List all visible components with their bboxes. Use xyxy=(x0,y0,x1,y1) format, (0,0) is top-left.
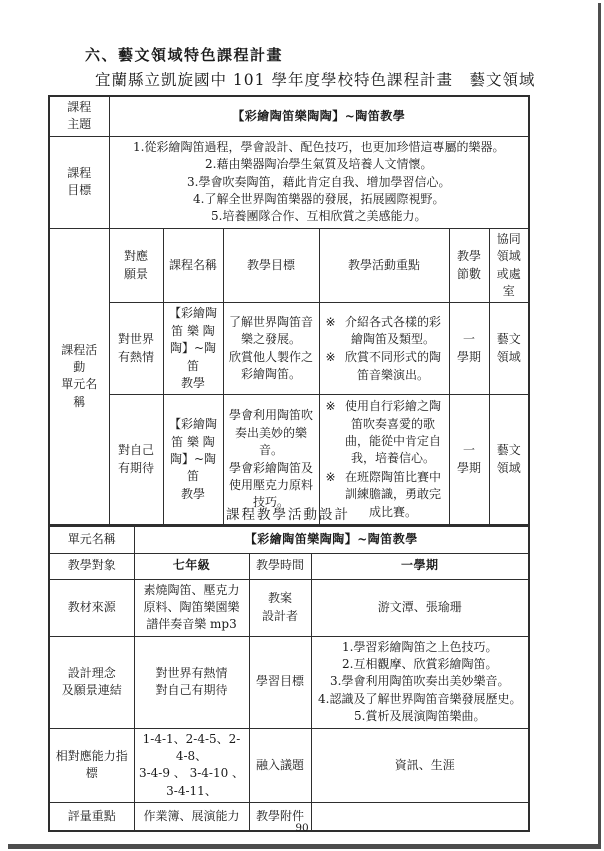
theme-value: 【彩繪陶笛樂陶陶】~陶笛教學 xyxy=(109,96,529,136)
learning-goal-label: 學習目標 xyxy=(249,636,311,728)
header-teaching-goal: 教學目標 xyxy=(223,228,319,303)
table-row: 對世界 有熱情 【彩繪陶 笛 樂 陶 陶】~陶笛 教學 了解世界陶笛音樂之發展。… xyxy=(49,303,529,395)
competence-indicator-label: 相對應能力指 標 xyxy=(49,728,134,803)
activity-item: ※ 使用自行彩繪之陶笛吹奏喜愛的歌曲，能從中肯定自我，培養信心。 xyxy=(324,398,445,468)
course-goal-item: 2.藉由樂器陶冶學生氣質及培養人文情懷。 xyxy=(114,156,525,173)
designer-label: 教案 設計者 xyxy=(249,579,311,636)
course-goal-item: 3.學會吹奏陶笛，藉此肯定自我、增加學習信心。 xyxy=(114,174,525,191)
unit-name-label: 單元名稱 xyxy=(49,526,134,553)
learning-goal-item: 4.認識及了解世界陶笛音樂發展歷史。 xyxy=(316,691,525,708)
activity-text: 介紹各式各樣的彩繪陶笛及類型。 xyxy=(342,314,445,349)
design-table-title: 課程教學活動設計 xyxy=(48,503,528,523)
activity-text: 使用自行彩繪之陶笛吹奏喜愛的歌曲，能從中肯定自我，培養信心。 xyxy=(342,398,445,468)
teaching-goal-cell: 了解世界陶笛音樂之發展。 欣賞他人製作之彩繪陶笛。 xyxy=(223,303,319,395)
teaching-design-table: 單元名稱 【彩繪陶笛樂陶陶】~陶笛教學 教學對象 七年級 教學時間 一學期 教材… xyxy=(48,525,530,832)
teaching-goal-item: 欣賞他人製作之彩繪陶笛。 xyxy=(228,349,315,384)
material-value: 素燒陶笛、壓克力原料、陶笛樂園樂譜伴奏音樂 mp3 xyxy=(134,579,249,636)
learning-goal-item: 2.互相觀摩、欣賞彩繪陶笛。 xyxy=(316,656,525,673)
teaching-target-value: 七年級 xyxy=(134,553,249,579)
activity-item: ※ 介紹各式各樣的彩繪陶笛及類型。 xyxy=(324,314,445,349)
page-shadow-right xyxy=(598,3,601,848)
teaching-goal-item: 了解世界陶笛音樂之發展。 xyxy=(228,314,315,349)
header-activity-focus: 教學活動重點 xyxy=(319,228,449,303)
header-course-name: 課程名稱 xyxy=(163,228,223,303)
course-goal-item: 1.從彩繪陶笛過程，學會設計、配色技巧，也更加珍惜這專屬的樂器。 xyxy=(114,139,525,156)
header-vision: 對應 願景 xyxy=(109,228,163,303)
reference-mark-icon: ※ xyxy=(324,349,338,384)
integrated-issues-value: 資訊、生涯 xyxy=(311,728,529,803)
page-number: 90 xyxy=(0,822,604,834)
reference-mark-icon: ※ xyxy=(324,398,338,468)
reference-mark-icon: ※ xyxy=(324,314,338,349)
curriculum-plan-table: 課程 主題 【彩繪陶笛樂陶陶】~陶笛教學 課程 目標 1.從彩繪陶笛過程，學會設… xyxy=(48,95,530,526)
competence-indicator-value: 1-4-1、2-4-5、2-4-8、 3-4-9 、 3-4-10 、 3-4-… xyxy=(134,728,249,803)
unit-name-value: 【彩繪陶笛樂陶陶】~陶笛教學 xyxy=(134,526,529,553)
teaching-time-value: 一學期 xyxy=(311,553,529,579)
course-goal-label: 課程 目標 xyxy=(49,136,109,228)
co-domain-cell: 藝文 領域 xyxy=(489,303,529,395)
activity-item: ※ 欣賞不同形式的陶笛音樂演出。 xyxy=(324,349,445,384)
page-subtitle: 宜蘭縣立凱旋國中 101 學年度學校特色課程計畫 藝文領域 xyxy=(95,68,535,90)
activity-cell: ※ 介紹各式各樣的彩繪陶笛及類型。 ※ 欣賞不同形式的陶笛音樂演出。 xyxy=(319,303,449,395)
header-co-domain: 協同 領域 或處 室 xyxy=(489,228,529,303)
page-shadow-bottom xyxy=(8,844,601,849)
teaching-target-label: 教學對象 xyxy=(49,553,134,579)
header-periods: 教學 節數 xyxy=(449,228,489,303)
learning-goal-item: 1.學習彩繪陶笛之上色技巧。 xyxy=(316,639,525,656)
learning-goal-cell: 1.學習彩繪陶笛之上色技巧。 2.互相觀摩、欣賞彩繪陶笛。 3.學會利用陶笛吹奏… xyxy=(311,636,529,728)
designer-value: 游文潭、張瑜珊 xyxy=(311,579,529,636)
vision-cell: 對世界 有熱情 xyxy=(109,303,163,395)
course-name-cell: 【彩繪陶 笛 樂 陶 陶】~陶笛 教學 xyxy=(163,303,223,395)
course-goal-item: 5.培養團隊合作、互相欣賞之美感能力。 xyxy=(114,208,525,225)
activity-text: 欣賞不同形式的陶笛音樂演出。 xyxy=(342,349,445,384)
learning-goal-item: 5.賞析及展演陶笛樂曲。 xyxy=(316,708,525,725)
theme-label: 課程 主題 xyxy=(49,96,109,136)
integrated-issues-label: 融入議題 xyxy=(249,728,311,803)
document-page: 六、藝文領域特色課程計畫 宜蘭縣立凱旋國中 101 學年度學校特色課程計畫 藝文… xyxy=(0,0,604,851)
unit-name-column-label: 課程活 動 單元名 稱 xyxy=(49,228,109,525)
teaching-time-label: 教學時間 xyxy=(249,553,311,579)
material-label: 教材來源 xyxy=(49,579,134,636)
design-concept-value: 對世界有熱情 對自己有期待 xyxy=(134,636,249,728)
learning-goal-item: 3.學會利用陶笛吹奏出美妙樂音。 xyxy=(316,673,525,690)
periods-cell: 一 學期 xyxy=(449,303,489,395)
page-title: 六、藝文領域特色課程計畫 xyxy=(85,44,283,65)
design-concept-label: 設計理念 及願景連結 xyxy=(49,636,134,728)
course-goal-item: 4.了解全世界陶笛樂器的發展，拓展國際視野。 xyxy=(114,191,525,208)
course-goals-cell: 1.從彩繪陶笛過程，學會設計、配色技巧，也更加珍惜這專屬的樂器。 2.藉由樂器陶… xyxy=(109,136,529,228)
teaching-goal-item: 學會利用陶笛吹奏出美妙的樂音。 xyxy=(228,407,315,459)
